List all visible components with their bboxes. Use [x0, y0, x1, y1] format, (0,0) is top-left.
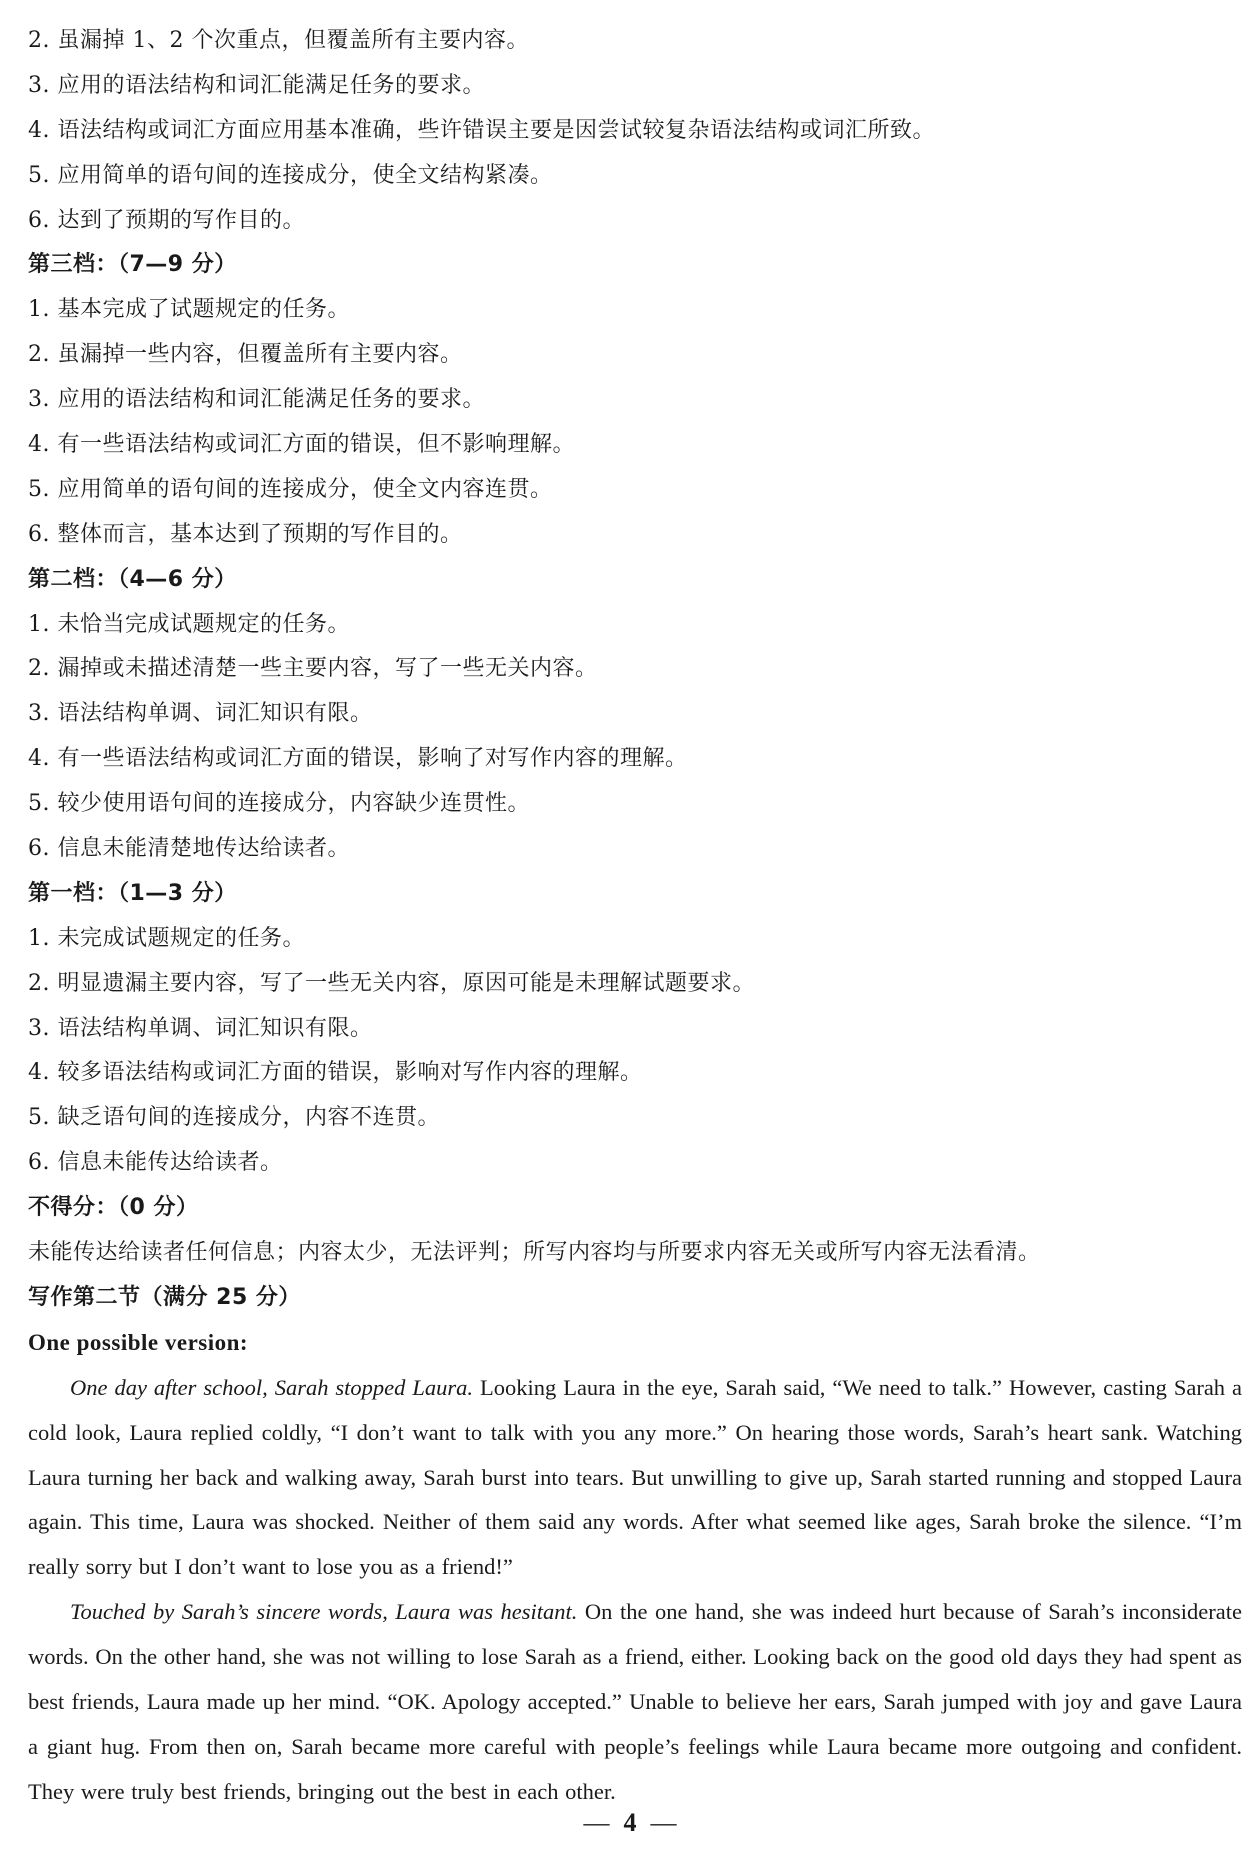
criteria-item: 5. 应用简单的语句间的连接成分，使全文内容连贯。	[28, 468, 1242, 513]
tier1-heading: 第一档：（1—3 分）	[28, 872, 1242, 917]
section2-heading: 写作第二节（满分 25 分）	[28, 1276, 1242, 1321]
criteria-item: 5. 应用简单的语句间的连接成分，使全文结构紧凑。	[28, 154, 1242, 199]
criteria-item: 1. 未恰当完成试题规定的任务。	[28, 603, 1242, 648]
criteria-item: 1. 未完成试题规定的任务。	[28, 917, 1242, 962]
criteria-item: 4. 有一些语法结构或词汇方面的错误，但不影响理解。	[28, 423, 1242, 468]
tier0-description: 未能传达给读者任何信息；内容太少，无法评判；所写内容均与所要求内容无关或所写内容…	[28, 1231, 1242, 1276]
tier2-heading: 第二档：（4—6 分）	[28, 558, 1242, 603]
footer-dash-left: —	[584, 1808, 610, 1838]
criteria-item: 4. 较多语法结构或词汇方面的错误，影响对写作内容的理解。	[28, 1051, 1242, 1096]
criteria-item: 2. 漏掉或未描述清楚一些主要内容，写了一些无关内容。	[28, 647, 1242, 692]
criteria-item: 2. 明显遗漏主要内容，写了一些无关内容，原因可能是未理解试题要求。	[28, 962, 1242, 1007]
criteria-item: 5. 缺乏语句间的连接成分，内容不连贯。	[28, 1096, 1242, 1141]
essay-paragraph-1: One day after school, Sarah stopped Laur…	[28, 1366, 1242, 1591]
page-footer: —4—	[0, 1808, 1260, 1838]
criteria-item: 4. 语法结构或词汇方面应用基本准确，些许错误主要是因尝试较复杂语法结构或词汇所…	[28, 109, 1242, 154]
paragraph-body: Looking Laura in the eye, Sarah said, “W…	[28, 1375, 1242, 1580]
criteria-item: 6. 信息未能清楚地传达给读者。	[28, 827, 1242, 872]
criteria-item: 3. 应用的语法结构和词汇能满足任务的要求。	[28, 378, 1242, 423]
tier3-heading: 第三档：（7—9 分）	[28, 243, 1242, 288]
tier0-heading: 不得分：（0 分）	[28, 1186, 1242, 1231]
criteria-item: 5. 较少使用语句间的连接成分，内容缺少连贯性。	[28, 782, 1242, 827]
page-number: 4	[624, 1808, 637, 1837]
criteria-item: 2. 虽漏掉 1、2 个次重点，但覆盖所有主要内容。	[28, 19, 1242, 64]
document-page: 2. 虽漏掉 1、2 个次重点，但覆盖所有主要内容。 3. 应用的语法结构和词汇…	[28, 19, 1242, 1815]
criteria-item: 3. 语法结构单调、词汇知识有限。	[28, 692, 1242, 737]
paragraph-lead-sentence: One day after school, Sarah stopped Laur…	[70, 1375, 473, 1400]
paragraph-body: On the one hand, she was indeed hurt bec…	[28, 1599, 1242, 1804]
criteria-item: 1. 基本完成了试题规定的任务。	[28, 288, 1242, 333]
essay-paragraph-2: Touched by Sarah’s sincere words, Laura …	[28, 1590, 1242, 1815]
criteria-item: 4. 有一些语法结构或词汇方面的错误，影响了对写作内容的理解。	[28, 737, 1242, 782]
criteria-item: 2. 虽漏掉一些内容，但覆盖所有主要内容。	[28, 333, 1242, 378]
criteria-item: 3. 语法结构单调、词汇知识有限。	[28, 1007, 1242, 1052]
footer-dash-right: —	[651, 1808, 677, 1838]
version-label: One possible version:	[28, 1321, 1242, 1366]
criteria-item: 6. 信息未能传达给读者。	[28, 1141, 1242, 1186]
paragraph-lead-sentence: Touched by Sarah’s sincere words, Laura …	[70, 1599, 577, 1624]
criteria-item: 3. 应用的语法结构和词汇能满足任务的要求。	[28, 64, 1242, 109]
criteria-item: 6. 整体而言，基本达到了预期的写作目的。	[28, 513, 1242, 558]
criteria-item: 6. 达到了预期的写作目的。	[28, 199, 1242, 244]
